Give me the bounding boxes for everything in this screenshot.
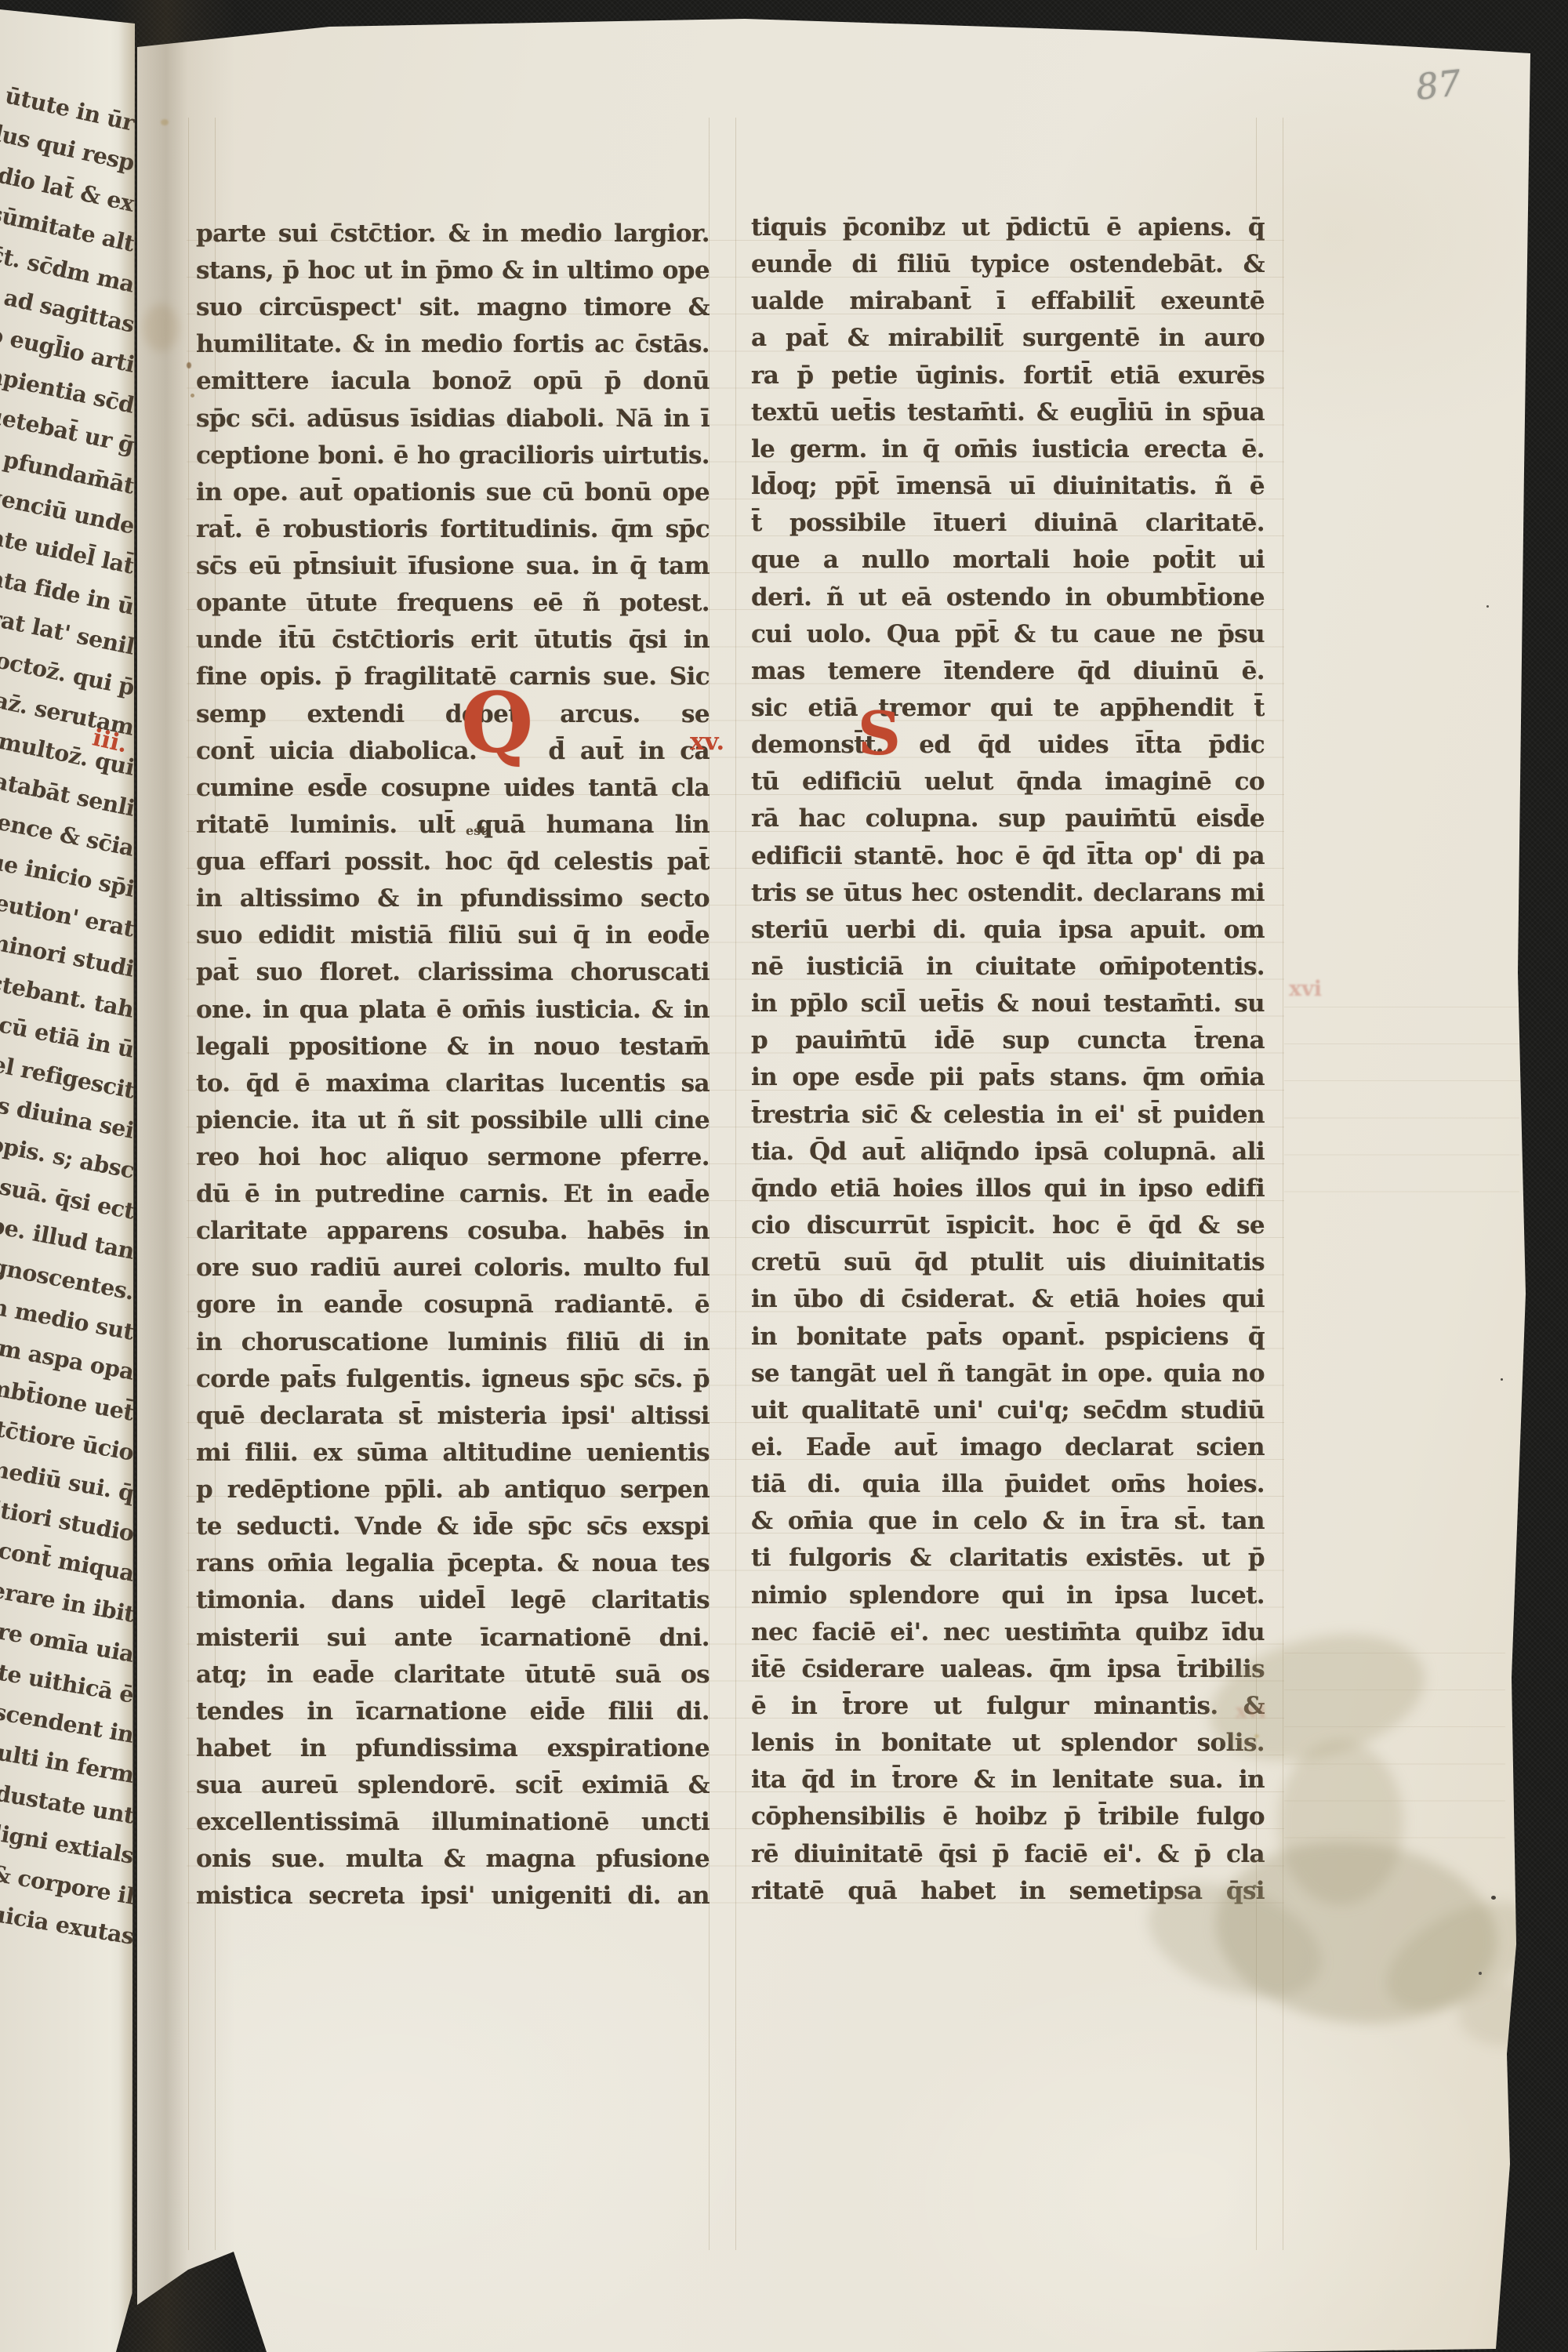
text-line: timonia. dans uidel̄ legē claritatis [196, 1584, 710, 1621]
text-line: tiquis p̄conibz ut p̄dictū ē apiens. q̄ [751, 212, 1265, 248]
text-line: ore suo radiū aurei coloris. multo ful [196, 1252, 710, 1288]
text-line: legali ppositione & in nouo testam̄ [196, 1031, 710, 1067]
text-line: in ūbo di c̄siderat. & etiā hoies qui [751, 1283, 1265, 1319]
manuscript-page: parte sui c̄stc̄tior. & in medio largior… [0, 0, 1568, 2352]
text-line: t̄ possibile ītueri diuinā claritatē. [751, 507, 1265, 543]
stain-spot [1254, 1734, 1259, 1738]
rubric-initial-s: S [858, 704, 901, 764]
text-line: dū ē in putredine carnis. Et in ead̄e [196, 1178, 710, 1214]
text-line: it̄ē c̄siderare ualeas. q̄m ipsa t̄ribil… [751, 1653, 1265, 1690]
text-line: semp extendi debet arcus. se phibentis. [196, 699, 710, 735]
text-line: claritate apparens cosuba. habēs in [196, 1215, 710, 1251]
text-line: ceptione boni. ē ho gracilioris uirtutis… [196, 440, 710, 476]
speck [1491, 1896, 1496, 1900]
text-line: sp̄c sc̄i. adūsus īsidias diaboli. Nā in… [196, 403, 710, 439]
text-line: eund̄e di filiū typice ostendebāt. & [751, 249, 1265, 285]
text-line: tris se ūtus hec ostendit. declarans mi [751, 877, 1265, 913]
text-line: ti fulgoris & claritatis existēs. ut p̄ [751, 1542, 1265, 1578]
text-line: ra p̄ petie ūginis. fortit̄ etiā exurēs [751, 360, 1265, 396]
text-line: in altissimo & in pfundissimo secto [196, 883, 710, 919]
text-line: tiā di. quia illa p̄uidet om̄s hoies. [751, 1468, 1265, 1504]
text-line: cretū suū q̄d ptulit uis diuinitatis [751, 1247, 1265, 1283]
text-line: sc̄s eū pt̄nsiuit īfusione sua. in q̄ ta… [196, 550, 710, 586]
text-line: humilitate. & in medio fortis ac c̄stās. [196, 328, 710, 365]
text-line: ritatē quā habet in semetipsa q̄si [751, 1875, 1265, 1911]
stain-spot [161, 119, 169, 125]
text-line: sua aureū splendorē. scit̄ eximiā & [196, 1769, 710, 1806]
text-line: ei. Ead̄e aut̄ imago declarat scien [751, 1432, 1265, 1468]
text-line: habet in pfundissima exspiratione [196, 1733, 710, 1769]
text-line: in pp̄lo scil̄ uet̄is & noui testam̄ti. … [751, 988, 1265, 1024]
text-line: demonst̄t̄. ed q̄d uides īt̄ta p̄dic [751, 729, 1265, 765]
text-line: steriū uerbi di. quia ipsa apuit. om [751, 914, 1265, 950]
text-line: piencie. ita ut ñ sit possibile ulli cin… [196, 1105, 710, 1141]
gutter-smudge [143, 304, 179, 351]
text-line: ualde mirabant̄ ī effabilit̄ exeuntē [751, 285, 1265, 321]
text-line: quē declarata st̄ misteria ipsi' altissi [196, 1400, 710, 1436]
text-line: atq; in ead̄e claritate ūtutē suā os [196, 1659, 710, 1695]
text-line: lenis in bonitate ut splendor solis. [751, 1727, 1265, 1763]
text-line: nec faciē ei'. nec uestim̄ta quibz īdu [751, 1617, 1265, 1653]
text-line: mistica secreta ipsi' unigeniti di. an [196, 1880, 710, 1916]
text-line: p redēptione pp̄li. ab antiquo serpen [196, 1474, 710, 1510]
text-line: textū uet̄is testam̄ti. & eugl̄iū in sp̄… [751, 397, 1265, 433]
facing-page-strip: mantes de ūtute in ūrtc̄l angulus qui re… [0, 0, 135, 2352]
vertical-ruling [1283, 118, 1283, 2250]
text-line: rē diuinitatē q̄si p̄ faciē ei'. & p̄ cl… [751, 1838, 1265, 1875]
text-line: in ope esd̄e pii pat̄s stans. q̄m om̄ia [751, 1062, 1265, 1098]
text-line: cui uolo. Qua pp̄t̄ & tu caue ne p̄su [751, 619, 1265, 655]
text-line: in bonitate pat̄s opant̄. pspiciens q̄ [751, 1321, 1265, 1357]
text-line: excellentissimā illuminationē uncti [196, 1806, 710, 1842]
speck [1479, 1972, 1482, 1975]
interlinear-gloss: est [466, 823, 487, 838]
text-line: suo edidit mistiā filiū sui q̄ in eod̄e [196, 920, 710, 956]
text-line: te seducti. Vnde & id̄e sp̄c sc̄s exspi [196, 1511, 710, 1547]
text-line: gore in eand̄e cosupnā radiantē. ē [196, 1289, 710, 1325]
text-line: deri. ñ ut eā ostendo in obumbt̄ione [751, 582, 1265, 618]
text-line: sic etiā tremor qui te app̄hendit t̄ [751, 692, 1265, 728]
text-line: misterii sui ante īcarnationē dni. [196, 1622, 710, 1658]
text-line: mi filii. ex sūma altitudine uenientis [196, 1437, 710, 1473]
text-line: opante ūtute frequens eē ñ potest. [196, 587, 710, 623]
text-line: corde pat̄s fulgentis. igneus sp̄c sc̄s.… [196, 1363, 710, 1399]
text-line: q̄ndo etiā hoies illos qui in ipso edifi [751, 1173, 1265, 1209]
horizontal-ruling-extension [1284, 1007, 1519, 1195]
text-line: stans, p̄ hoc ut in p̄mo & in ultimo ope [196, 255, 710, 291]
text-line: cumine esd̄e cosupne uides tantā cla [196, 772, 710, 808]
text-line: rat̄. ē robustioris fortitudinis. q̄m sp… [196, 514, 710, 550]
text-line: one. in qua plata ē om̄is iusticia. & in [196, 994, 710, 1030]
text-line: parte sui c̄stc̄tior. & in medio largior… [196, 218, 710, 254]
horizontal-ruling-extension [1284, 1653, 1505, 1857]
vertical-ruling [188, 118, 189, 2250]
chapter-number-xvi-faint: xvi [1289, 977, 1322, 1001]
text-line: to. q̄d ē maxima claritas lucentis sa [196, 1068, 710, 1104]
speck [1501, 1378, 1503, 1381]
text-line: gua effari possit. hoc q̄d celestis pat̄ [196, 846, 710, 882]
text-line: cont̄ uicia diabolica. d̄ aut̄ in ca [196, 735, 710, 771]
text-line: cio discurrūt īspicit. hoc ē q̄d & se [751, 1210, 1265, 1246]
folio-number: 87 [1414, 62, 1462, 108]
text-line: mas temere ītendere q̄d diuinū ē. [751, 655, 1265, 691]
speck [1486, 605, 1489, 608]
text-line: unde it̄ū c̄stc̄tioris erit ūtutis q̄si … [196, 624, 710, 660]
text-line: nimio splendore qui in ipsa lucet. [751, 1580, 1265, 1616]
text-line: nē iusticiā in ciuitate om̄ipotentis. [751, 951, 1265, 987]
text-line: cōphensibilis ē hoibz p̄ t̄ribile fulgo [751, 1801, 1265, 1837]
text-line: ritatē luminis. ult̄ quā humana lin [196, 809, 710, 845]
faint-red-offset-mark: xvi [1236, 1700, 1266, 1722]
ink-fleck [187, 362, 191, 368]
text-line: suo circūspect' sit. magno timore & [196, 292, 710, 328]
vertical-ruling [735, 118, 736, 2250]
text-line: tū edificiū uelut q̄nda imaginē co [751, 766, 1265, 802]
text-line: onis sue. multa & magna pfusione [196, 1843, 710, 1879]
text-line: emittere iacula bonoz̄ opū p̄ donū [196, 365, 710, 401]
text-line: rans om̄ia legalia p̄cepta. & noua tes [196, 1548, 710, 1584]
text-line: p pauim̄tū id̄ē sup cuncta t̄rena [751, 1025, 1265, 1061]
text-line: tendes in īcarnatione eid̄e filii di. [196, 1696, 710, 1732]
manuscript-photo: parte sui c̄stc̄tior. & in medio largior… [0, 0, 1568, 2352]
text-line: in ope. aut̄ opationis sue cū bonū ope [196, 477, 710, 513]
speck [1253, 1885, 1257, 1888]
text-line: edificii stantē. hoc ē q̄d īt̄ta op' di … [751, 840, 1265, 877]
rubric-initial-q: Q [461, 684, 533, 762]
text-line: pat̄ suo floret. clarissima choruscati [196, 956, 710, 993]
speck [1228, 1889, 1230, 1892]
text-line: ita q̄d in t̄rore & in lenitate sua. in [751, 1764, 1265, 1800]
text-line: reo hoi hoc aliquo sermone pferre. [196, 1142, 710, 1178]
text-line: le germ. in q̄ om̄is iusticia erecta ē. [751, 434, 1265, 470]
text-line: se tangāt uel ñ tangāt in ope. quia no [751, 1358, 1265, 1394]
right-column: tiquis p̄conibz ut p̄dictū ē apiens. q̄e… [751, 0, 1265, 2352]
text-line: fine opis. p̄ fragilitatē carnis sue. Si… [196, 661, 710, 697]
text-line: rā hac colupna. sup pauim̄tū eisd̄e [751, 803, 1265, 839]
text-line: tia. Q̄d aut̄ aliq̄ndo ipsā colupnā. ali [751, 1136, 1265, 1172]
chapter-number-xv: xv. [690, 728, 724, 756]
text-line: & om̄ia que in celo & in t̄ra st̄. tan [751, 1505, 1265, 1541]
text-line: ld̄oq; pp̄t̄ īmensā uī diuinitatis. ñ ē [751, 470, 1265, 506]
ink-fleck [191, 394, 194, 397]
left-column: parte sui c̄stc̄tior. & in medio largior… [196, 0, 710, 2352]
text-line: in choruscatione luminis filiū di in [196, 1327, 710, 1363]
text-line: ē in t̄rore ut fulgur minantis. & [751, 1690, 1265, 1726]
text-line: que a nullo mortali hoie pot̄it ui [751, 544, 1265, 580]
text-line: a pat̄ & mirabilit̄ surgentē in auro [751, 322, 1265, 358]
text-line: uit qualitatē uni' cui'q; sec̄dm studiū [751, 1395, 1265, 1431]
text-line: t̄restria sic̄ & celestia in ei' st̄ pui… [751, 1099, 1265, 1135]
